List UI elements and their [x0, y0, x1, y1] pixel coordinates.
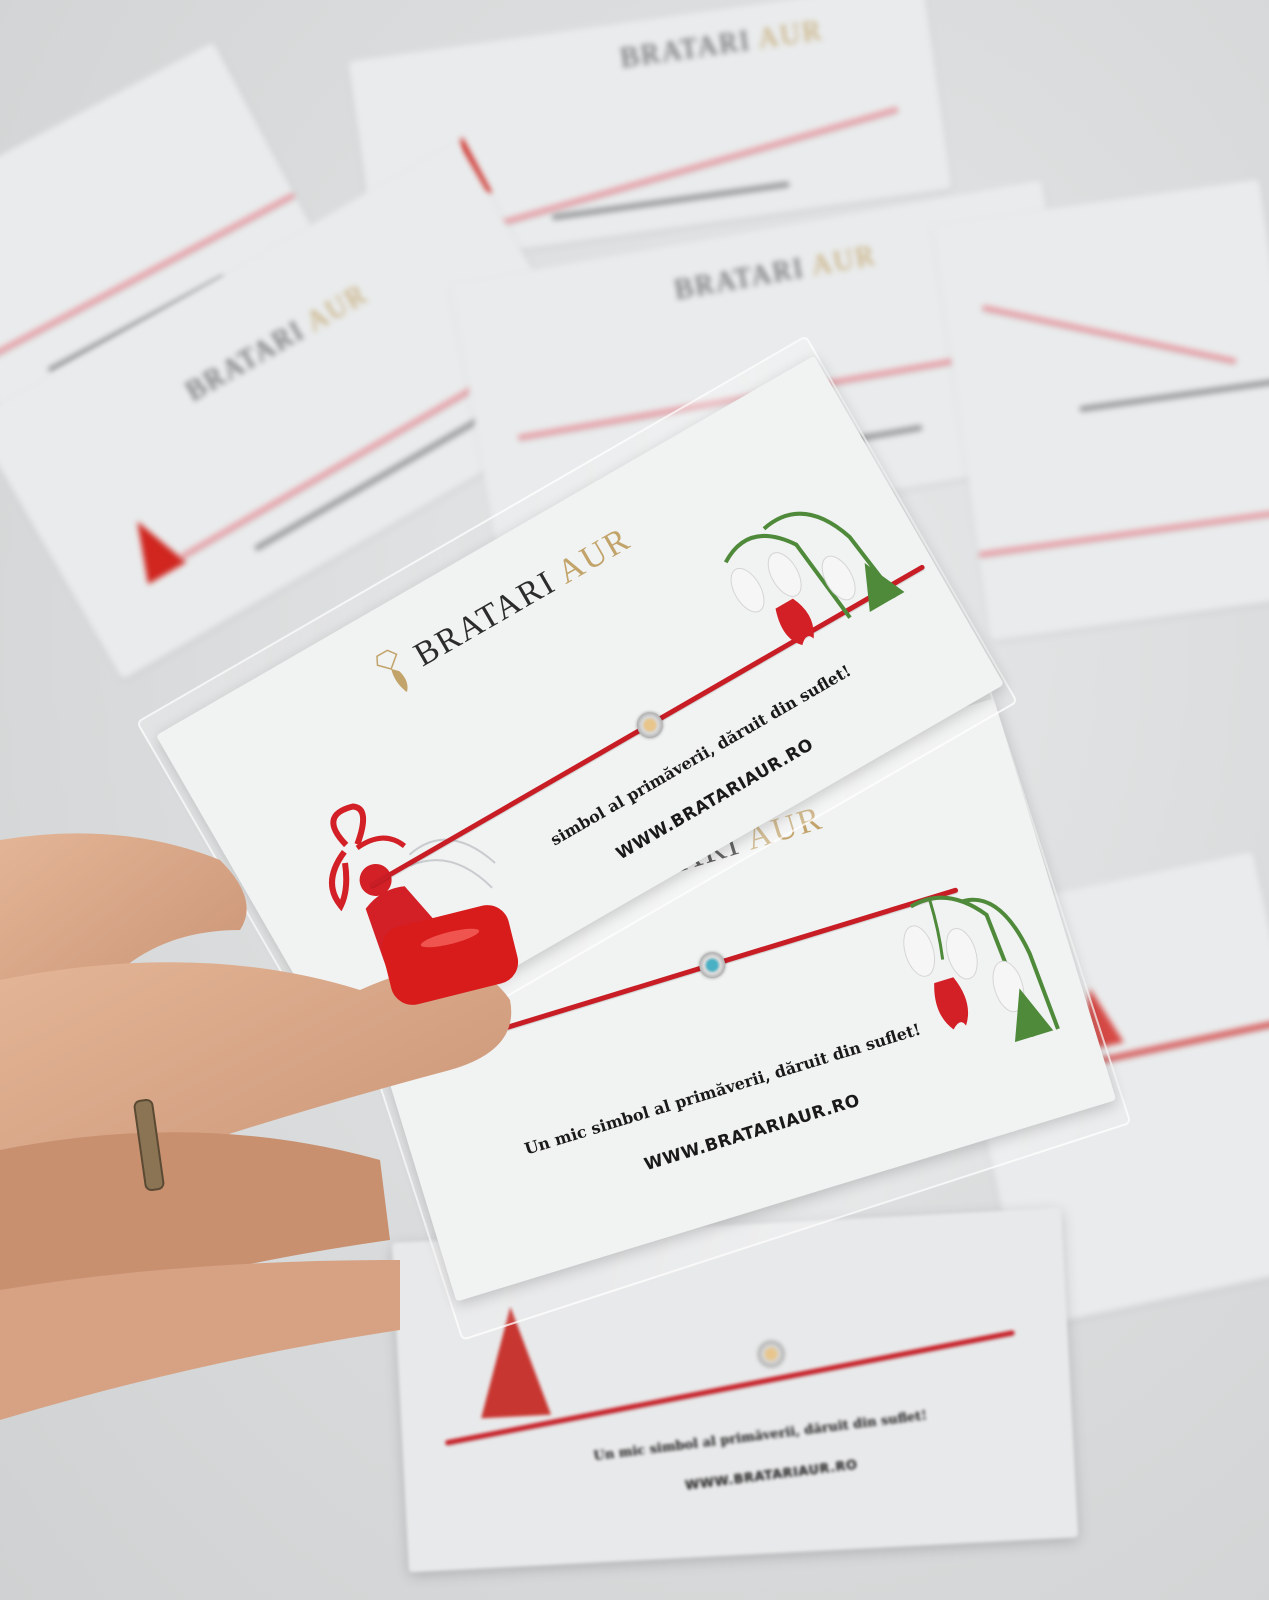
bracelet-charm	[632, 707, 668, 743]
website-url: WWW.BRATARIAUR.RO	[684, 1458, 858, 1494]
bracelet-charm	[758, 1340, 785, 1367]
brand-logo-text: BRATARI AUR	[181, 279, 374, 409]
slogan-text-blurred	[253, 407, 498, 552]
bracelet-thread	[978, 506, 1269, 558]
snowdrop-illustration-icon	[693, 461, 915, 676]
brand-logo-text: BRATARI AUR	[672, 240, 879, 307]
slogan-text: Un mic simbol al primăverii, dăruit din …	[593, 1408, 928, 1464]
bracelet-thread	[982, 304, 1238, 364]
brand-logo-text: BRATARI AUR	[618, 15, 825, 75]
martisor-tassel-icon	[118, 510, 186, 584]
bracelet-thread	[494, 106, 899, 228]
background-card-right	[932, 179, 1269, 641]
bracelet-charm	[696, 949, 728, 981]
slogan-text-blurred	[1079, 379, 1269, 413]
hand-holding-cards	[0, 820, 560, 1420]
snowdrop-illustration-icon	[870, 862, 1076, 1081]
photo-scene: BRATARI AUR BRATARI AUR BRATARI AUR Un m…	[0, 0, 1269, 1600]
